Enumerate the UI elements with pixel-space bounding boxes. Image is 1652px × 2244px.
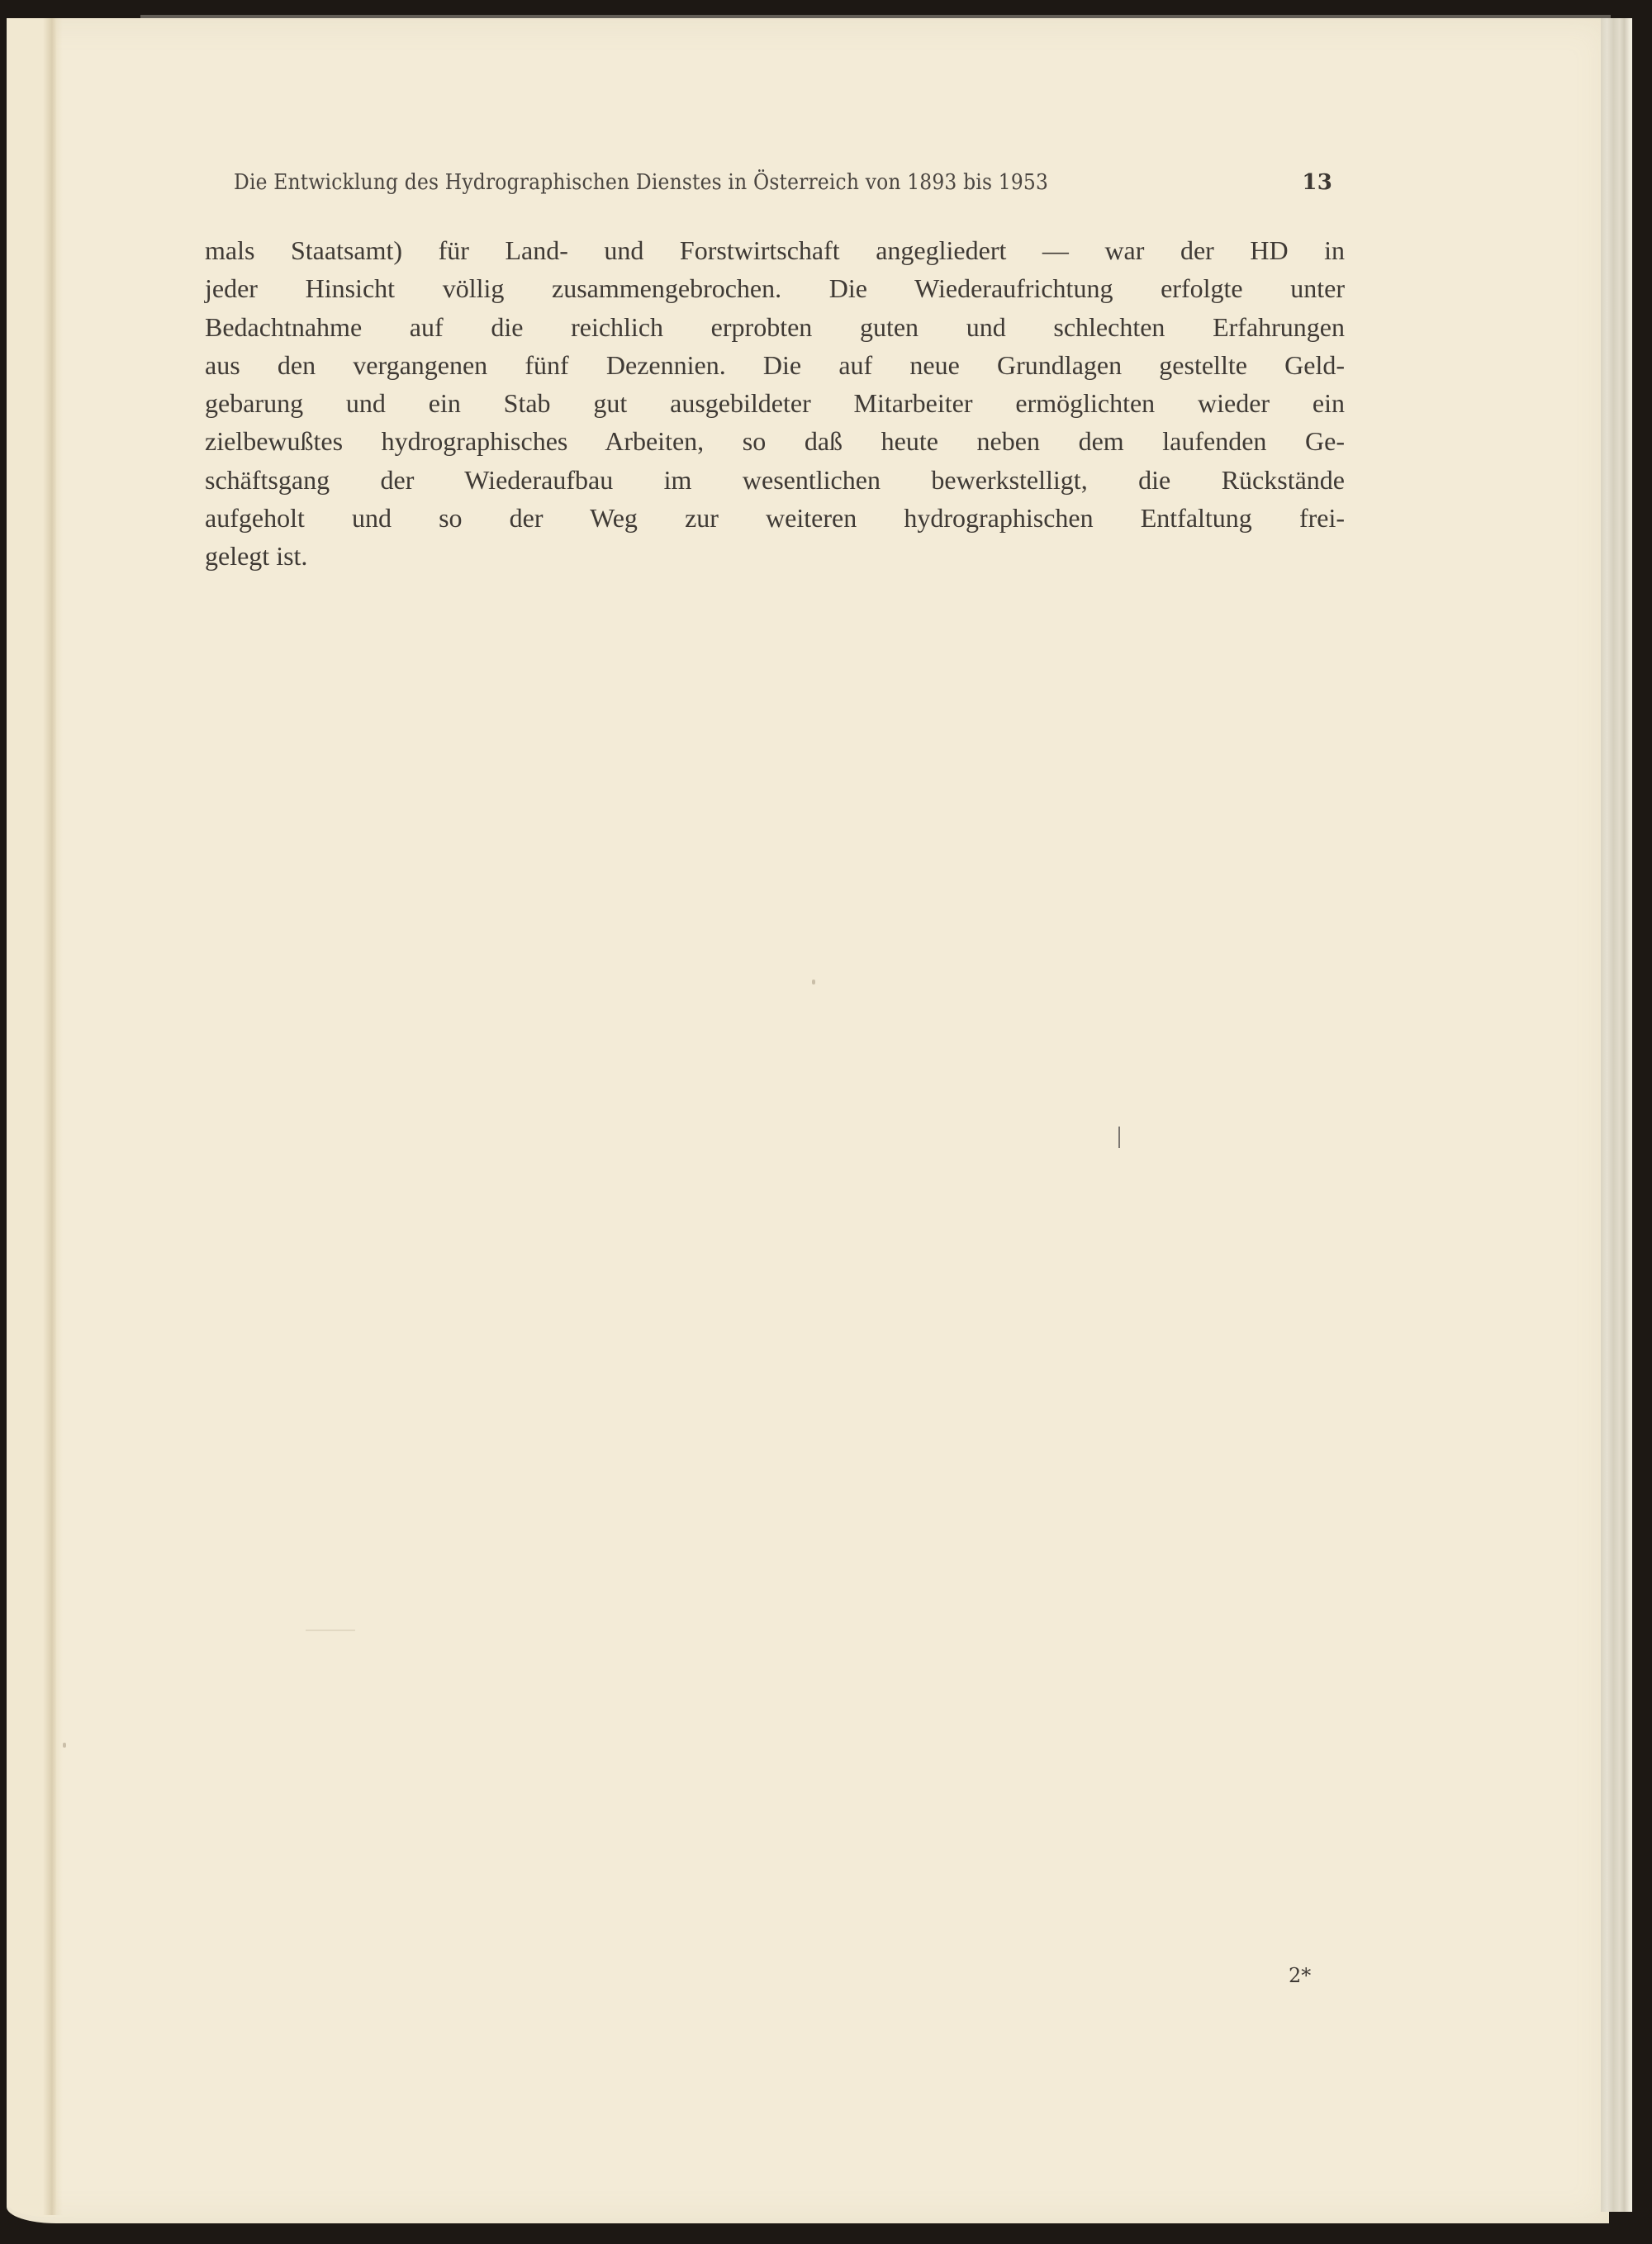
running-head-title: Die Entwicklung des Hydrographischen Die… — [234, 170, 1048, 195]
text-line: jeder Hinsicht völlig zusammengebrochen.… — [205, 269, 1345, 307]
page-edge-stack — [1601, 18, 1632, 2212]
signature-mark: 2* — [1289, 1964, 1311, 1987]
stray-ink-mark — [1118, 1127, 1120, 1148]
text-line: schäftsgang der Wiederaufbau im wesentli… — [205, 461, 1345, 499]
text-line: gelegt ist. — [205, 537, 1345, 575]
text-line: mals Staatsamt) für Land- und Forstwirts… — [205, 231, 1345, 269]
running-head: Die Entwicklung des Hydrographischen Die… — [234, 170, 1332, 203]
text-line: zielbewußtes hydrographisches Arbeiten, … — [205, 422, 1345, 460]
paper-speck — [63, 1743, 66, 1748]
text-line: Bedachtnahme auf die reichlich erprobten… — [205, 308, 1345, 346]
paper-crease — [306, 1630, 355, 1631]
page-number: 13 — [1302, 170, 1332, 195]
text-line: gebarung und ein Stab gut ausgebildeter … — [205, 384, 1345, 422]
gutter-fold — [43, 18, 63, 2215]
paper-speck — [812, 980, 815, 984]
text-line: aus den vergangenen fünf Dezennien. Die … — [205, 346, 1345, 384]
body-paragraph: mals Staatsamt) für Land- und Forstwirts… — [205, 231, 1345, 576]
text-line: aufgeholt und so der Weg zur weiteren hy… — [205, 499, 1345, 537]
